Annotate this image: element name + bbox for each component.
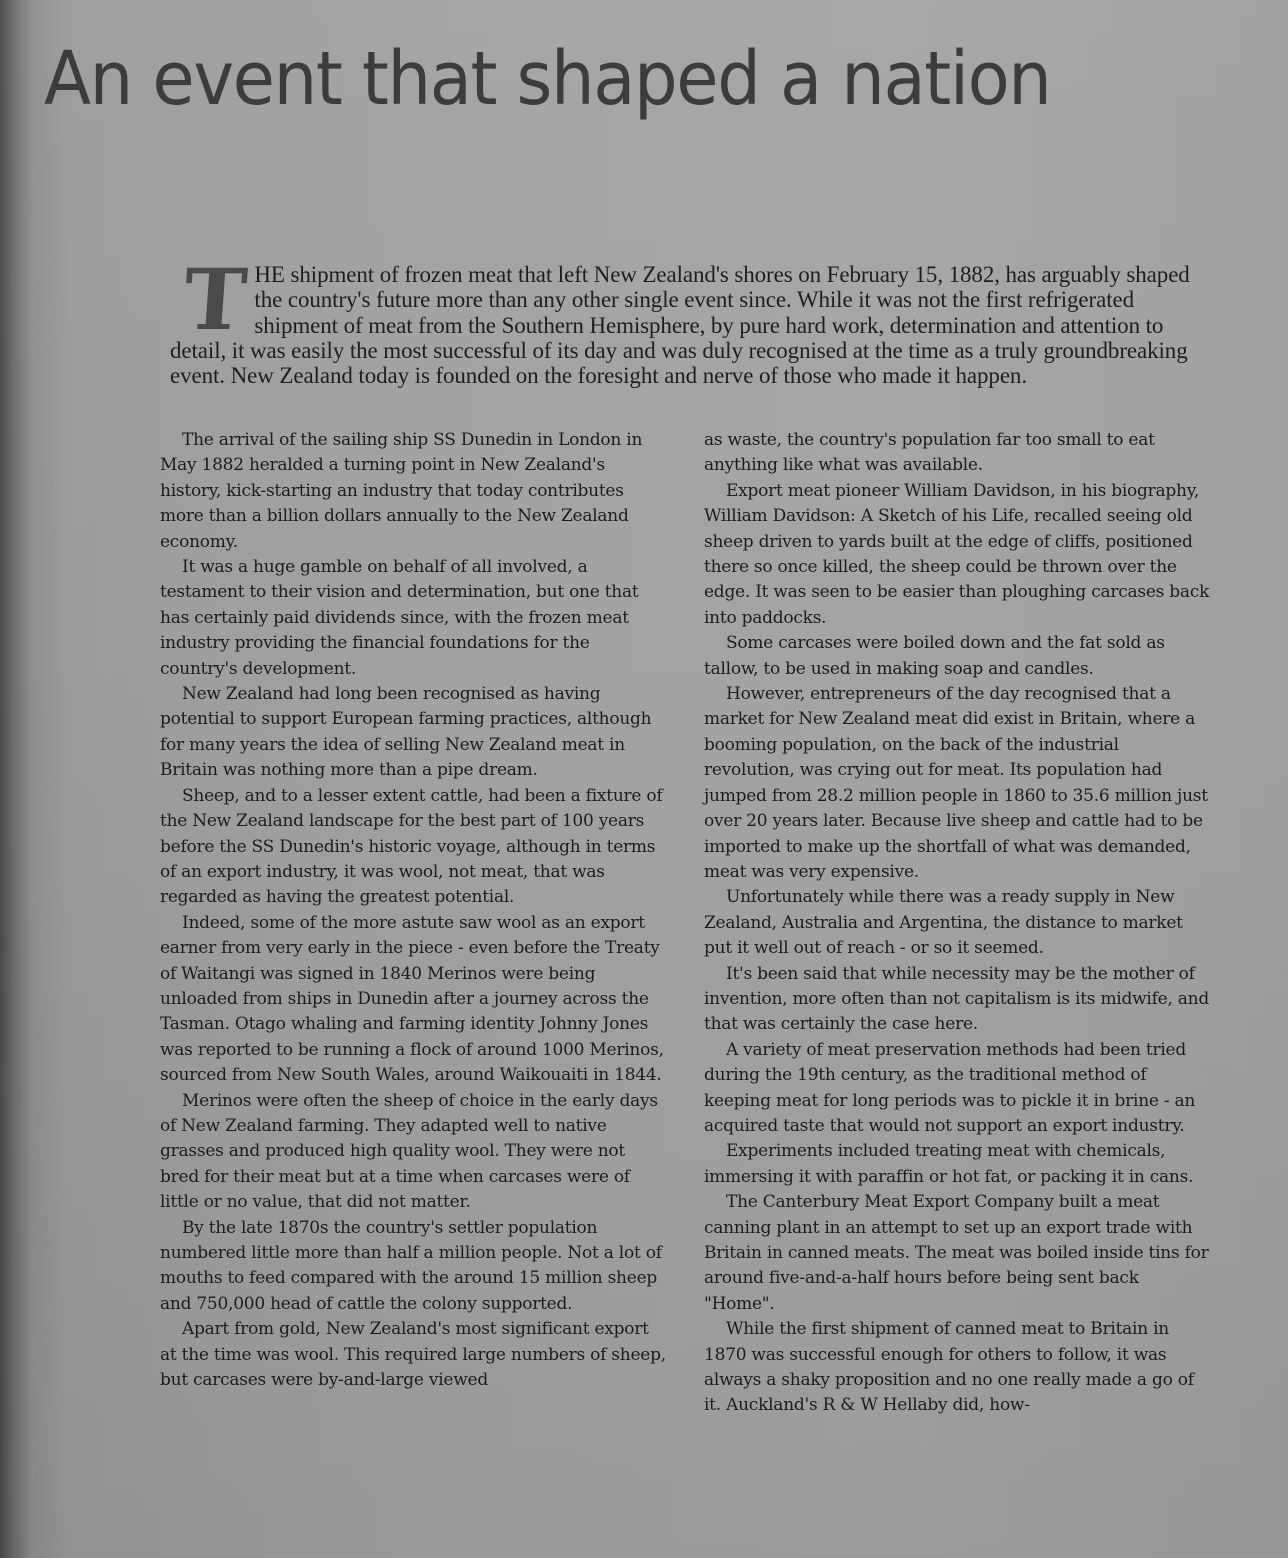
drop-cap: T: [182, 266, 249, 334]
paragraph: Apart from gold, New Zealand's most sign…: [160, 1317, 666, 1393]
paragraph: Experiments included treating meat with …: [704, 1139, 1210, 1190]
paragraph: Some carcases were boiled down and the f…: [704, 631, 1210, 682]
column-right: as waste, the country's population far t…: [704, 428, 1210, 1419]
paragraph: By the late 1870s the country's settler …: [160, 1216, 666, 1318]
paragraph: New Zealand had long been recognised as …: [160, 682, 666, 784]
paragraph: The arrival of the sailing ship SS Duned…: [160, 428, 666, 555]
body-columns: The arrival of the sailing ship SS Duned…: [160, 428, 1210, 1419]
paragraph: It's been said that while necessity may …: [704, 962, 1210, 1038]
intro-text: HE shipment of frozen meat that left New…: [170, 262, 1190, 388]
paragraph: Export meat pioneer William Davidson, in…: [704, 479, 1210, 631]
paragraph: While the first shipment of canned meat …: [704, 1317, 1210, 1419]
paragraph: It was a huge gamble on behalf of all in…: [160, 555, 666, 682]
paragraph: Indeed, some of the more astute saw wool…: [160, 911, 666, 1089]
paragraph: A variety of meat preservation methods h…: [704, 1038, 1210, 1140]
article-title: An event that shaped a nation: [44, 36, 1051, 122]
paragraph: Sheep, and to a lesser extent cattle, ha…: [160, 784, 666, 911]
paragraph: However, entrepreneurs of the day recogn…: [704, 682, 1210, 885]
paragraph: Merinos were often the sheep of choice i…: [160, 1089, 666, 1216]
column-left: The arrival of the sailing ship SS Duned…: [160, 428, 666, 1419]
intro-paragraph: THE shipment of frozen meat that left Ne…: [170, 262, 1210, 388]
paragraph: Unfortunately while there was a ready su…: [704, 885, 1210, 961]
paragraph-continued: as waste, the country's population far t…: [704, 428, 1210, 479]
paragraph: The Canterbury Meat Export Company built…: [704, 1190, 1210, 1317]
